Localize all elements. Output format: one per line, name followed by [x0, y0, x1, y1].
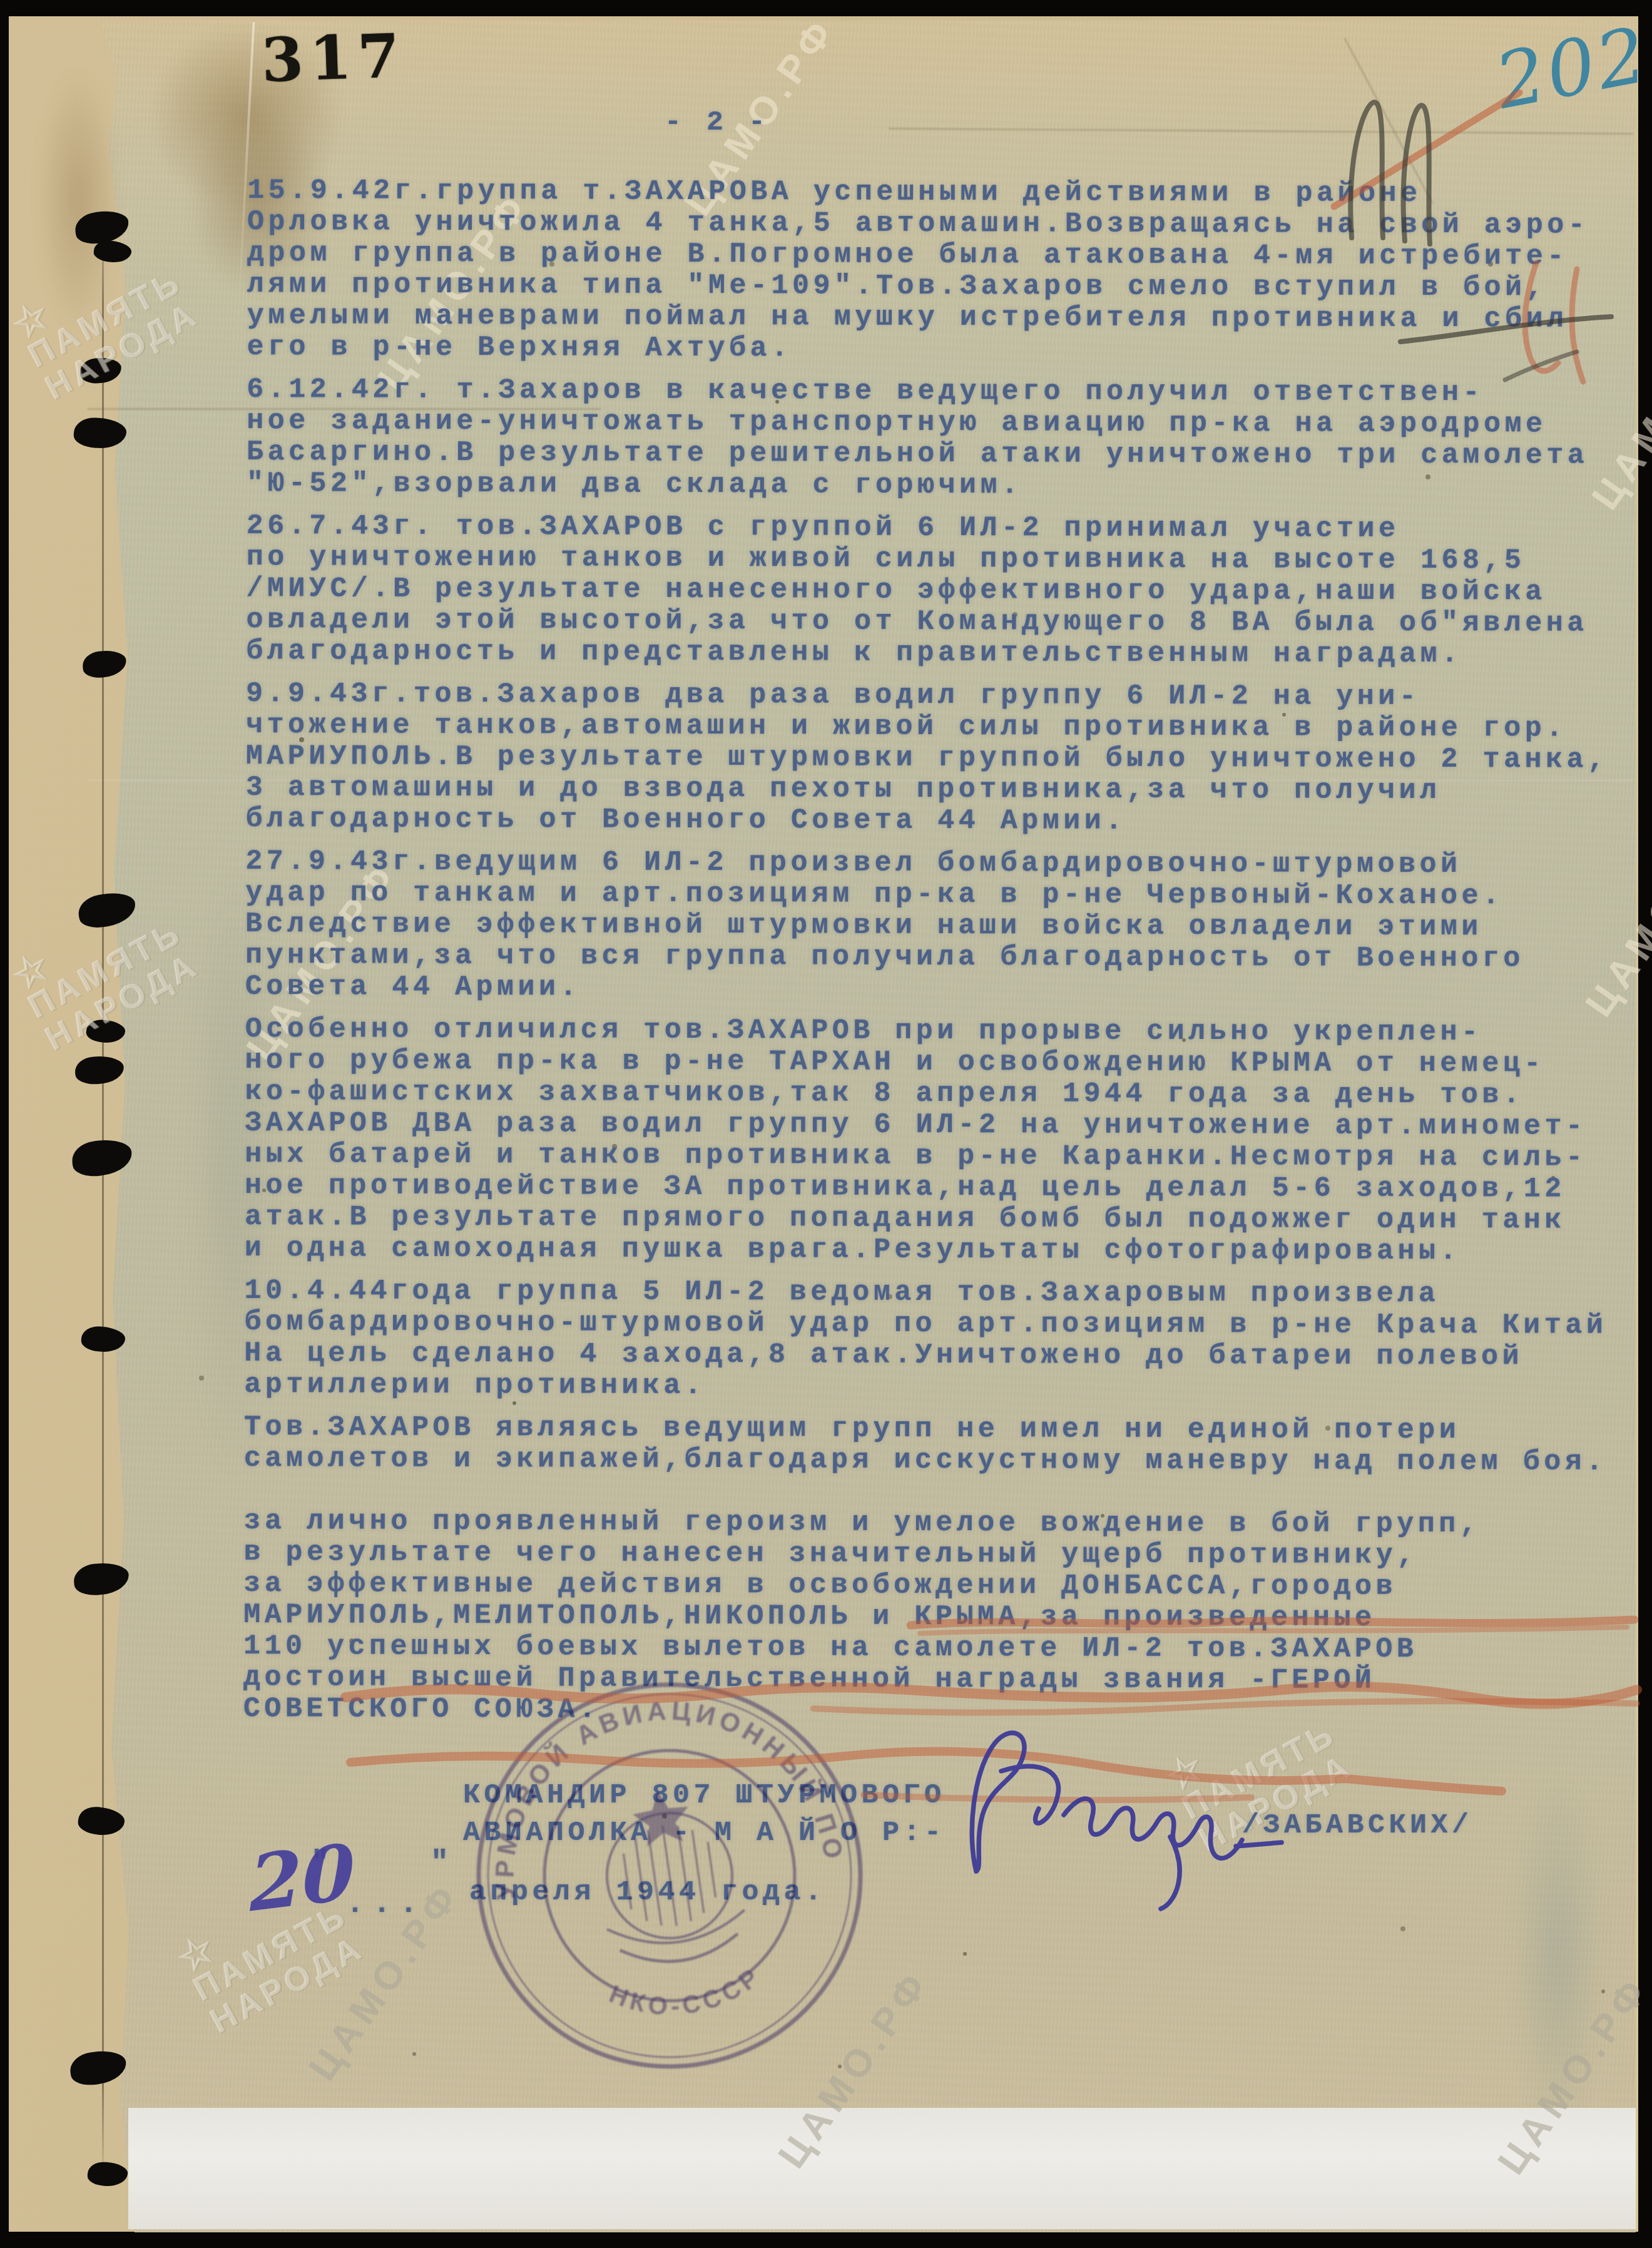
- typed-line: бомбардировочно-штурмовой удар по арт.по…: [244, 1307, 1636, 1342]
- typed-line: в результате чего нанесен значительный у…: [243, 1537, 1635, 1572]
- typed-line: самолетов и экипажей,благодаря исскустно…: [244, 1443, 1636, 1478]
- paragraph: Особенно отличился тов.ЗАХАРОВ при проры…: [245, 1014, 1637, 1268]
- typed-line: умелыми маневрами поймал на мушку истреб…: [247, 300, 1639, 335]
- paragraph: 9.9.43г.тов.Захаров два раза водил групп…: [246, 678, 1638, 839]
- typed-line: артиллерии противника.: [244, 1369, 1636, 1404]
- typed-line: 10.4.44года группа 5 ИЛ-2 ведомая тов.За…: [245, 1275, 1636, 1310]
- paragraph: Тов.ЗАХАРОВ являясь ведущим групп не име…: [244, 1412, 1636, 1478]
- typed-line: ное задание-уничтожать транспортную авиа…: [247, 406, 1638, 441]
- round-unit-stamp: ШТУРМОВОЙ АВИАЦИОННЫЙ ПОЛК НКО-СССР: [440, 1646, 899, 2105]
- typed-line: по уничтожению танков и живой силы проти…: [247, 542, 1638, 577]
- svg-text:НКО-СССР: НКО-СССР: [602, 1959, 770, 2031]
- stamp-globe-hatch: [620, 1819, 718, 1931]
- handwritten-day-20: 20: [248, 1826, 355, 1929]
- paragraph: 6.12.42г. т.Захаров в качестве ведущего …: [247, 374, 1639, 503]
- typed-line: и одна самоходная пушка врага.Результаты…: [245, 1233, 1636, 1268]
- typed-line: МАРИУПОЛЬ,МЕЛИТОПОЛЬ,НИКОПОЛЬ и КРЫМА,за…: [243, 1600, 1635, 1635]
- typed-line: Вследствие эффективной штурмовки наши во…: [245, 909, 1637, 944]
- typed-line: 9.9.43г.тов.Захаров два раза водил групп…: [246, 678, 1638, 713]
- paragraph: 15.9.42г.группа т.ЗАХАРОВА успешными дей…: [247, 175, 1639, 367]
- typed-line: На цель сделано 4 захода,8 атак.Уничтоже…: [244, 1338, 1636, 1373]
- typed-line: ко-фашистских захватчиков,так 8 апреля 1…: [245, 1076, 1636, 1111]
- scanned-document-page: ☆ ПАМЯТЬ НАРОДА ☆ ПАМЯТЬ НАРОДА ☆ ПАМЯТЬ…: [0, 0, 1652, 2248]
- typed-line: за лично проявленный героизм и умелое во…: [244, 1506, 1636, 1541]
- typed-line: ное противодействие ЗА противника,над це…: [245, 1170, 1636, 1205]
- typed-line: его в р-не Верхняя Ахтуба.: [247, 332, 1638, 367]
- typed-line: благодарность и представлены к правитель…: [246, 636, 1638, 671]
- typed-line: Басаргино.В результате решительной атаки…: [247, 437, 1638, 472]
- typed-line: "Ю-52",взорвали два склада с горючим.: [247, 468, 1638, 503]
- page-number-header: - 2 -: [665, 106, 770, 138]
- typed-line: лями противника типа "Ме-109".Тов.Захаро…: [247, 269, 1639, 304]
- typed-line: благодарность от Военного Совета 44 Арми…: [246, 804, 1638, 839]
- typed-line: 6.12.42г. т.Захаров в качестве ведущего …: [247, 374, 1638, 409]
- paper-specks: [0, 0, 3, 3]
- typed-line: Тов.ЗАХАРОВ являясь ведущим групп не име…: [244, 1412, 1636, 1447]
- typed-line: 3 автомашины и до взвода пехоты противни…: [246, 772, 1638, 807]
- paragraph: 27.9.43г.ведущим 6 ИЛ-2 произвел бомбард…: [245, 846, 1638, 1006]
- paragraph: 10.4.44года группа 5 ИЛ-2 ведомая тов.За…: [244, 1275, 1636, 1404]
- typed-line: МАРИУПОЛЬ.В результате штурмовки группой…: [246, 741, 1638, 776]
- stamp-ring-text-bottom: НКО-СССР: [602, 1959, 770, 2031]
- paragraph: 26.7.43г. тов.ЗАХАРОВ с группой 6 ИЛ-2 п…: [246, 511, 1638, 671]
- typed-line: Особенно отличился тов.ЗАХАРОВ при проры…: [245, 1014, 1637, 1049]
- repair-tape-strip: [128, 2108, 1636, 2229]
- typed-line: 27.9.43г.ведущим 6 ИЛ-2 произвел бомбард…: [245, 846, 1637, 881]
- typed-line: ного рубежа пр-ка в р-не ТАРХАН и освобо…: [245, 1045, 1636, 1080]
- typed-line: 15.9.42г.группа т.ЗАХАРОВА успешными дей…: [247, 175, 1639, 210]
- signee-name: /ЗАБАВСКИХ/: [1242, 1809, 1473, 1841]
- archive-page-stamp-317: 317: [260, 20, 407, 96]
- typed-line: чтожение танков,автомашин и живой силы п…: [246, 710, 1638, 745]
- stamp-wreath-arc: [607, 1910, 748, 1952]
- typed-line: Орловка уничтожила 4 танка,5 автомашин.В…: [247, 207, 1639, 242]
- typed-line: Совета 44 Армии.: [245, 971, 1637, 1006]
- typed-text-block: 15.9.42г.группа т.ЗАХАРОВА успешными дей…: [243, 175, 1639, 1740]
- typed-line: ных батарей и танков противника в р-не К…: [245, 1139, 1636, 1174]
- typed-line: овладели этой высотой,за что от Командую…: [246, 605, 1638, 640]
- paragraph: за лично проявленный героизм и умелое во…: [243, 1506, 1636, 1729]
- typed-line: ЗАХАРОВ ДВА раза водил группу 6 ИЛ-2 на …: [245, 1108, 1636, 1143]
- typed-quote-close: ": [431, 1846, 452, 1880]
- typed-line: пунктами,за что вся группа получила благ…: [245, 940, 1637, 975]
- typed-line: 110 успешных боевых вылетов на самолете …: [243, 1631, 1635, 1666]
- typed-line: удар по танкам и арт.позициям пр-ка в р-…: [245, 877, 1637, 912]
- typed-line: достоин высшей Правительственной награды…: [243, 1662, 1635, 1697]
- typed-line: дром группа в районе В.Погромное была ат…: [247, 238, 1639, 273]
- typed-line: за эффективные действия в освобождении Д…: [243, 1568, 1635, 1603]
- typed-line: атак.В результате прямого попадания бомб…: [245, 1202, 1636, 1237]
- typed-date-dots: ...: [346, 1888, 426, 1921]
- stamp-star-icon: [630, 1787, 693, 1848]
- typed-line: 26.7.43г. тов.ЗАХАРОВ с группой 6 ИЛ-2 п…: [247, 511, 1638, 546]
- typed-line: /МИУС/.В результате нанесенного эффектив…: [246, 573, 1638, 608]
- binding-thread-line: [102, 207, 104, 2184]
